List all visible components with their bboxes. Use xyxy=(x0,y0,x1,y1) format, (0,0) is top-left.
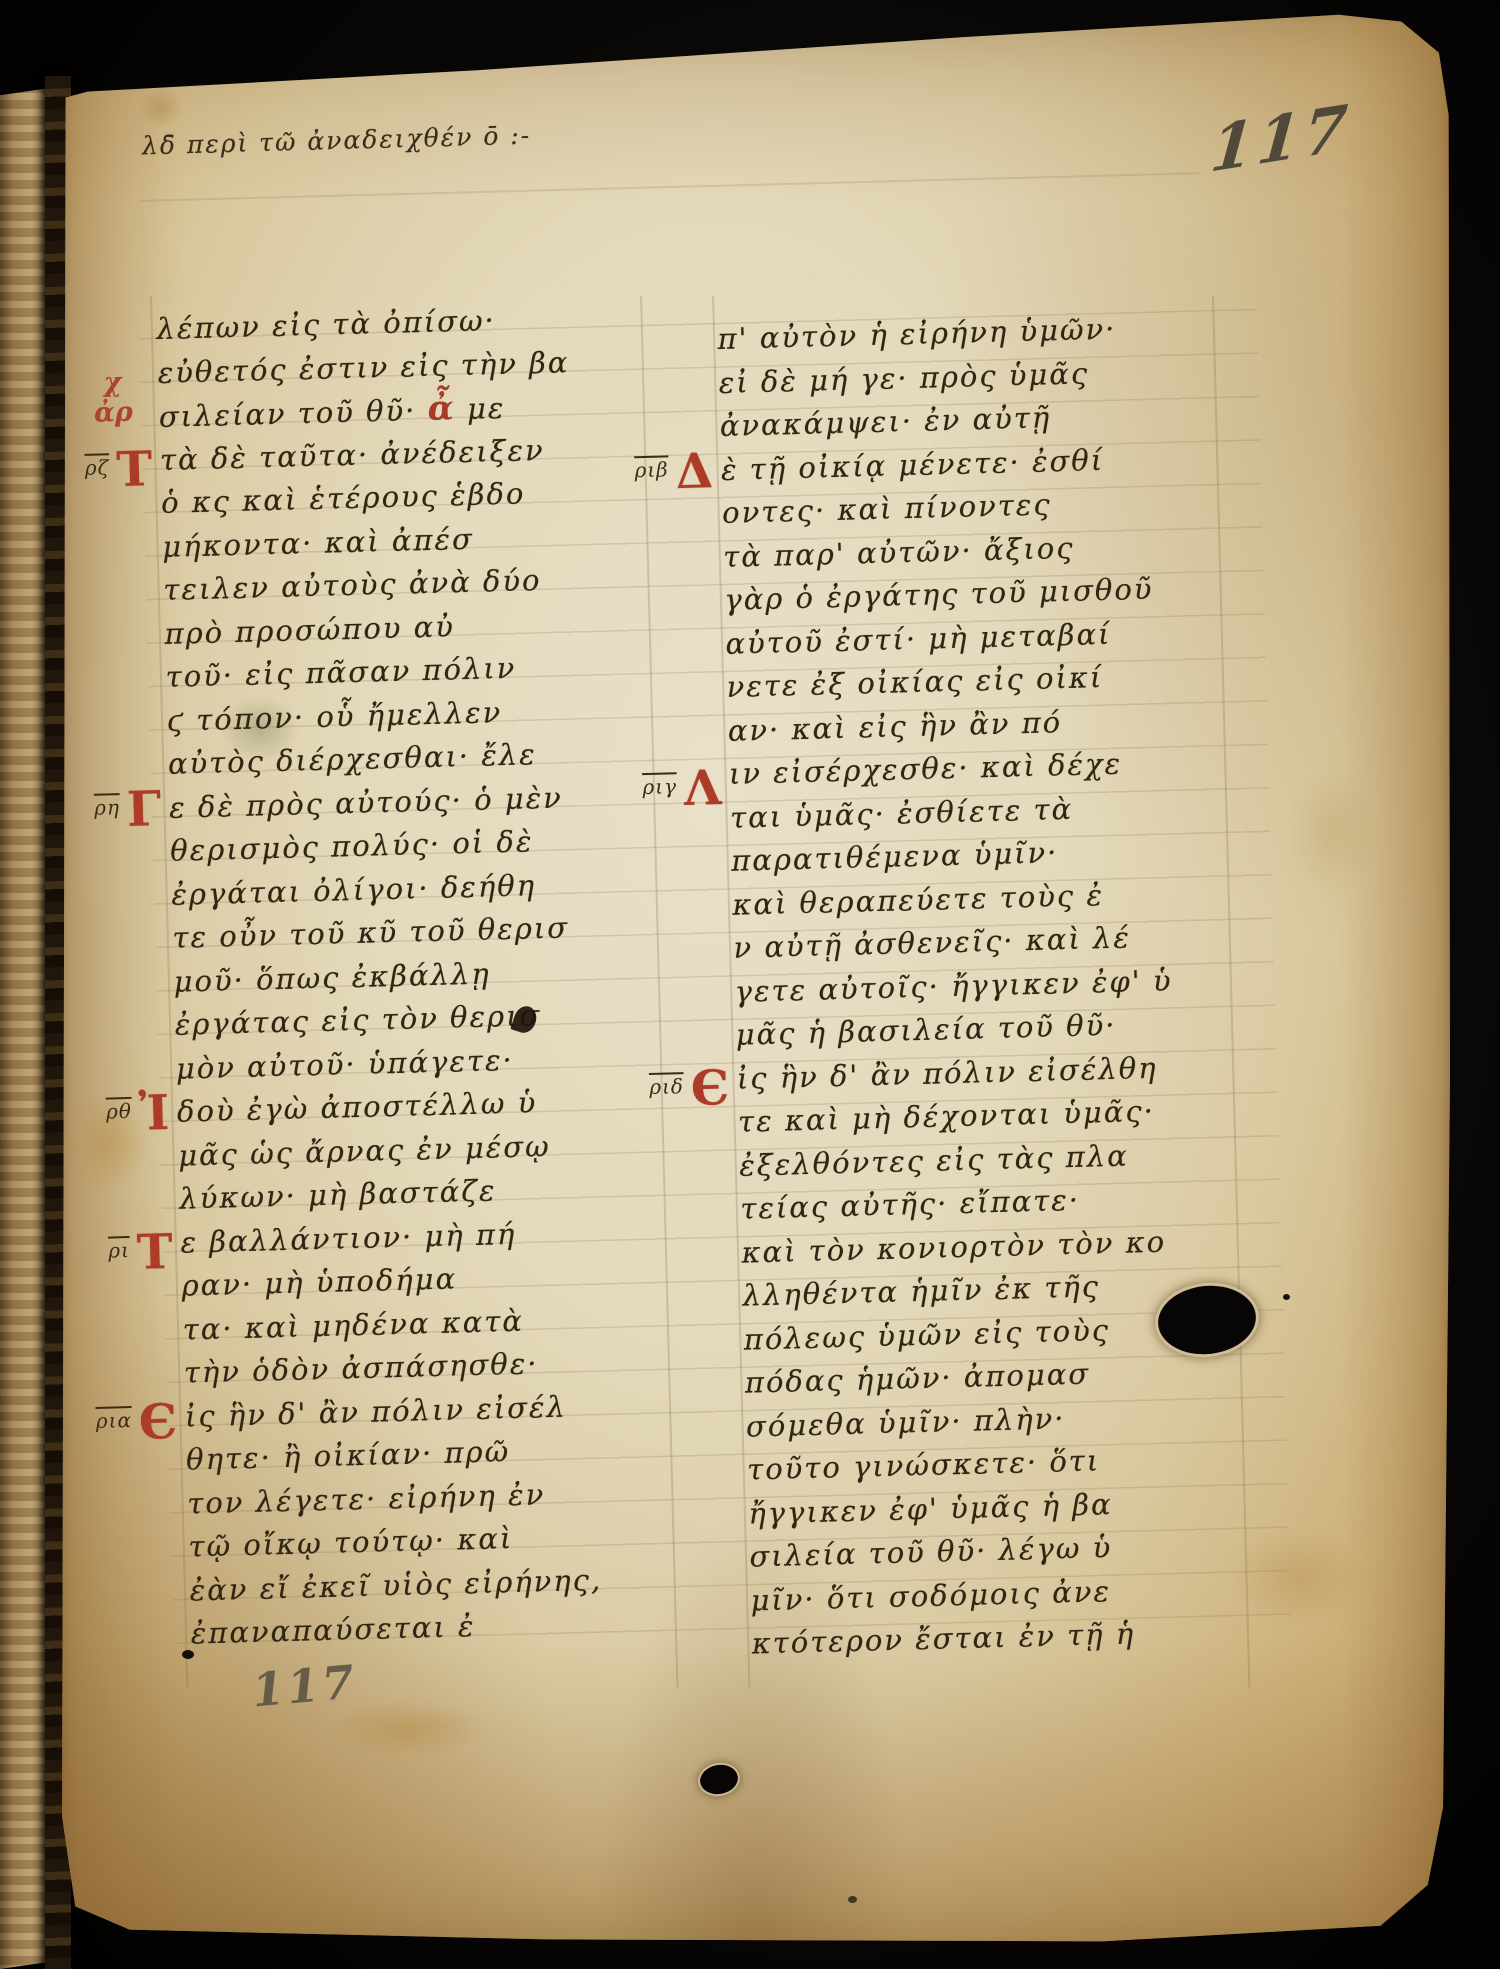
folio-number-bottom: 117 xyxy=(250,1656,359,1717)
text-segment: τον λέγετε· εἰρήνη ἐν xyxy=(187,1477,546,1520)
text-segment: ὁ κς καὶ ἑτέρους ἑβδο xyxy=(161,476,526,520)
text-segment: λύκων· μὴ βαστάζε xyxy=(179,1173,497,1215)
text-segment: τοῦ· εἰς πᾶσαν πόλιν xyxy=(165,651,517,694)
lection-start-mark: ἀρ xyxy=(94,397,134,428)
ammonian-section-number: ριγ xyxy=(642,773,677,800)
text-segment: νετε ἐξ οἰκίας εἰς οἰκί xyxy=(726,660,1103,704)
rubricated-initial: Є xyxy=(138,1400,177,1445)
margin-note: ριαЄ xyxy=(95,1400,177,1446)
text-segment: τῷ οἴκῳ τούτῳ· καὶ xyxy=(188,1521,514,1563)
text-segment: ϛ τόπον· οὗ ἤμελλεν xyxy=(166,695,502,738)
margin-note: ριγΛ xyxy=(642,766,722,812)
text-segment: σόμεθα ὑμῖν· πλὴν· xyxy=(746,1401,1066,1443)
stain xyxy=(1285,768,1380,898)
text-segment: τὰ δὲ ταῦτα· ἀνέδειξεν xyxy=(160,432,546,476)
text-column-right: π' αὐτὸν ἡ εἰρήνη ὑμῶν·εἰ δὲ μή γε· πρὸς… xyxy=(717,305,1242,1666)
text-segment: ἤγγικεν ἐφ' ὑμᾶς ἡ βα xyxy=(748,1487,1113,1531)
text-segment: ραν· μὴ ὑποδήμα xyxy=(181,1261,457,1302)
text-segment: εἰ δὲ μή γε· πρὸς ὑμᾶς xyxy=(718,356,1089,400)
text-segment: τείας αὐτῆς· εἴπατε· xyxy=(740,1183,1081,1226)
text-segment: μὸν αὐτοῦ· ὑπάγετε· xyxy=(175,1042,514,1085)
header-ruling-line xyxy=(140,172,1200,202)
rubricated-initial: Λ xyxy=(683,766,721,811)
text-segment: παρατιθέμενα ὑμῖν· xyxy=(731,835,1059,878)
text-segment: ε δὲ πρὸς αὐτούς· ὁ μὲν xyxy=(169,780,564,824)
speck xyxy=(848,1896,857,1903)
text-segment: αὐτὸς διέρχεσθαι· ἔλε xyxy=(167,737,537,781)
margin-note: ριδЄ xyxy=(649,1066,730,1112)
text-segment: σιλείαν τοῦ θῦ· xyxy=(158,393,428,434)
text-segment: καὶ τὸν κονιορτὸν τὸν κο xyxy=(741,1224,1166,1269)
stain xyxy=(138,88,184,128)
text-segment: τε οὖν τοῦ κῦ τοῦ θερισ xyxy=(172,910,569,954)
text-segment: θερισμὸς πολύς· οἱ δὲ xyxy=(170,824,534,867)
text-segment: τοῦτο γινώσκετε· ὅτι xyxy=(747,1443,1101,1486)
text-segment: πόδας ἡμῶν· ἀπομασ xyxy=(744,1357,1090,1400)
text-segment: ὲ τῇ οἰκίᾳ μένετε· ἐσθί xyxy=(721,442,1105,486)
text-segment: λέπων εἰς τὰ ὀπίσω· xyxy=(156,303,496,346)
text-segment: καὶ θεραπεύετε τοὺς ἐ xyxy=(732,878,1104,922)
text-segment: π' αὐτὸν ἡ εἰρήνη ὑμῶν· xyxy=(717,312,1117,356)
ammonian-section-number: ρθ xyxy=(106,1098,132,1125)
rubricated-initial: Γ xyxy=(126,787,161,832)
text-segment: ν αὐτῇ ἀσθενεῖς· καὶ λέ xyxy=(733,920,1131,964)
text-segment: ἰς ἣν δ' ἂν πόλιν εἰσέλθη xyxy=(736,1050,1158,1095)
text-segment: γὰρ ὁ ἐργάτης τοῦ μισθοῦ xyxy=(724,572,1154,617)
text-segment: ιν εἰσέρχεσθε· καὶ δέχε xyxy=(728,747,1122,791)
text-segment: μᾶς ὡς ἄρνας ἐν μέσῳ xyxy=(178,1128,551,1172)
rubric-mark: ἆ xyxy=(427,388,456,429)
text-segment: λληθέντα ἡμῖν ἐκ τῆς xyxy=(742,1269,1100,1312)
text-segment: ἐὰν εἴ ἐκεῖ υἱὸς εἰρήνης, xyxy=(189,1562,602,1607)
ammonian-section-number: ριδ xyxy=(649,1073,684,1100)
speck xyxy=(1283,1294,1290,1300)
text-column-left: λέπων εἰς τὰ ὀπίσω·εὐθετός ἐστιν εἰς τὴν… xyxy=(156,295,671,1656)
text-segment: τὰ παρ' αὐτῶν· ἄξιος xyxy=(723,530,1075,573)
rubricated-initial: Ἰ xyxy=(138,1091,169,1136)
text-segment: μοῦ· ὅπως ἐκβάλλῃ xyxy=(173,956,491,998)
margin-note: χἀρ xyxy=(93,367,133,428)
text-segment: κτότερον ἔσται ἐν τῇ ἡ xyxy=(751,1617,1135,1661)
text-segment: τὴν ὁδὸν ἀσπάσησθε· xyxy=(183,1346,539,1389)
text-segment: τα· καὶ μηδένα κατὰ xyxy=(182,1303,524,1346)
ammonian-section-number: ρια xyxy=(95,1407,132,1434)
text-segment: ἀνακάμψει· ἐν αὐτῇ xyxy=(719,400,1051,443)
text-segment: θητε· ἢ οἰκίαν· πρῶ xyxy=(186,1434,511,1476)
lection-start-mark: χ xyxy=(103,368,122,398)
rubricated-initial: Δ xyxy=(675,449,713,494)
rubricated-initial: Τ xyxy=(136,1230,173,1275)
margin-note: ρηΓ xyxy=(94,787,162,833)
text-segment: εὐθετός ἐστιν εἰς τὴν βα xyxy=(157,345,570,390)
speck xyxy=(182,1650,194,1659)
margin-note: ριΤ xyxy=(108,1230,173,1276)
margin-note: ρθἸ xyxy=(106,1091,170,1137)
text-segment: με xyxy=(455,391,506,426)
text-segment: γετε αὐτοῖς· ἤγγικεν ἐφ' ὑ xyxy=(734,963,1173,1008)
text-segment: αν· καὶ εἰς ἣν ἂν πό xyxy=(727,705,1062,748)
text-segment: ἐργάτας εἰς τὸν θερισ xyxy=(174,998,541,1042)
text-segment: πόλεως ὑμῶν εἰς τοὺς xyxy=(743,1313,1110,1357)
wormhole xyxy=(698,1762,740,1797)
ammonian-section-number: ριβ xyxy=(634,456,669,483)
kephalaion-header: λδ̄ περὶ τῶ ἀναδειχθέν ο̄ :- xyxy=(142,121,532,162)
text-segment: ται ὑμᾶς· ἐσθίετε τὰ xyxy=(730,791,1074,834)
stain xyxy=(1228,1526,1368,1626)
text-segment: σιλεία τοῦ θῦ· λέγω ὑ xyxy=(749,1530,1113,1573)
text-segment: μῖν· ὅτι σοδόμοις ἀνε xyxy=(750,1574,1111,1617)
text-segment: πρὸ προσώπου αὐ xyxy=(164,609,455,651)
folio-number-top: 117 xyxy=(1208,92,1354,186)
text-segment: ἐπαναπαύσεται ἐ xyxy=(190,1609,476,1650)
ammonian-section-number: ρζ xyxy=(84,454,109,481)
margin-note: ριβΔ xyxy=(634,449,714,495)
text-segment: αὐτοῦ ἐστί· μὴ μεταβαί xyxy=(725,616,1112,660)
text-segment: ἐξελθόντες εἰς τὰς πλα xyxy=(739,1138,1129,1182)
text-segment: ε βαλλάντιον· μὴ πή xyxy=(180,1216,517,1259)
manuscript-photo: λδ̄ περὶ τῶ ἀναδειχθέν ο̄ :- 117 λέπων ε… xyxy=(0,0,1500,1969)
text-segment: ἰς ἣν δ' ἂν πόλιν εἰσέλ xyxy=(185,1389,568,1433)
text-segment: οντες· καὶ πίνοντες xyxy=(722,487,1052,530)
text-segment: ἐργάται ὀλίγοι· δεήθη xyxy=(171,868,537,912)
ammonian-section-number: ρη xyxy=(94,794,120,821)
rubricated-initial: Є xyxy=(690,1066,729,1111)
text-segment: τε καὶ μὴ δέχονται ὑμᾶς· xyxy=(738,1094,1156,1139)
text-segment: δοὺ ἐγὼ ἀποστέλλω ὑ xyxy=(177,1085,538,1128)
margin-note: ρζΤ xyxy=(84,447,152,493)
text-segment: μήκοντα· καὶ ἀπέσ xyxy=(162,521,474,563)
text-segment: τειλεν αὐτοὺς ἀνὰ δύο xyxy=(163,563,542,607)
text-segment: μᾶς ἡ βασιλεία τοῦ θῦ· xyxy=(735,1008,1117,1052)
rubricated-initial: Τ xyxy=(116,447,153,492)
manuscript-page: λδ̄ περὶ τῶ ἀναδειχθέν ο̄ :- 117 λέπων ε… xyxy=(60,8,1450,1953)
ammonian-section-number: ρι xyxy=(108,1237,130,1264)
